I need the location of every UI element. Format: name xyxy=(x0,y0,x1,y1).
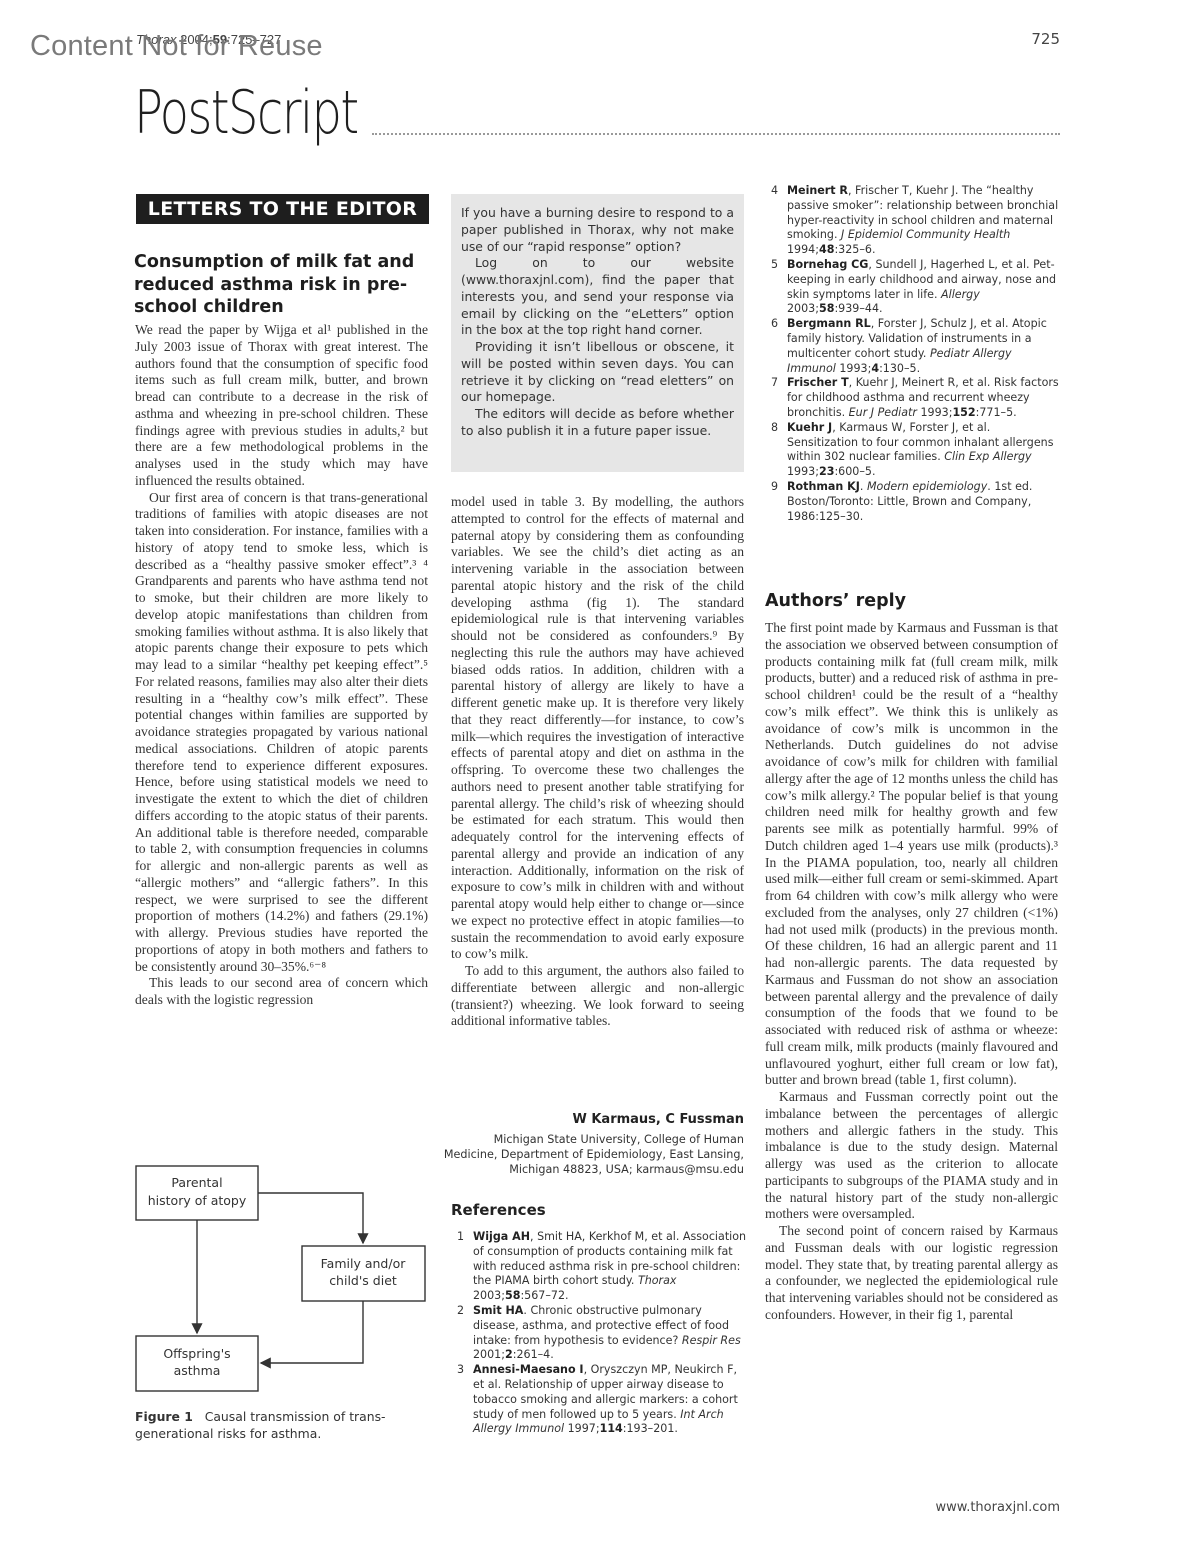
rapid-response-callout: If you have a burning desire to respond … xyxy=(451,194,744,472)
box-label: Parental xyxy=(171,1175,222,1190)
paragraph: We read the paper by Wijga et al¹ publis… xyxy=(135,322,428,490)
reference-item: 2Smit HA. Chronic obstructive pulmonary … xyxy=(451,1304,747,1363)
reference-item: 8Kuehr J, Karmaus W, Forster J, et al. S… xyxy=(765,421,1061,480)
reference-item: 6Bergmann RL, Forster J, Schulz J, et al… xyxy=(765,317,1061,376)
callout-paragraph: If you have a burning desire to respond … xyxy=(461,205,734,255)
watermark: Content Not for Reuse xyxy=(30,30,323,63)
box-label: child's diet xyxy=(329,1273,397,1288)
box-label: Family and/or xyxy=(321,1256,407,1271)
box-label: history of atopy xyxy=(148,1193,247,1208)
figure-caption: Figure 1 Causal transmission of trans-ge… xyxy=(135,1408,435,1442)
authors-reply-heading: Authors’ reply xyxy=(765,591,906,611)
reply-column: The first point made by Karmaus and Fuss… xyxy=(765,620,1058,1324)
callout-paragraph: Providing it isn’t libellous or obscene,… xyxy=(461,339,734,406)
section-title: PostScript xyxy=(134,78,358,148)
letters-to-editor-banner: LETTERS TO THE EDITOR xyxy=(136,194,429,224)
reference-item: 3Annesi-Maesano I, Oryszczyn MP, Neukirc… xyxy=(451,1363,747,1437)
paragraph: The first point made by Karmaus and Fuss… xyxy=(765,620,1058,1089)
callout-paragraph: Log on to our website (www.thoraxjnl.com… xyxy=(461,255,734,339)
letter-column-1: We read the paper by Wijga et al¹ publis… xyxy=(135,322,428,1009)
reference-item: 1Wijga AH, Smit HA, Kerkhof M, et al. As… xyxy=(451,1230,747,1304)
paragraph: model used in table 3. By modelling, the… xyxy=(451,494,744,963)
box-label: Offspring's xyxy=(163,1346,230,1361)
callout-paragraph: The editors will decide as before whethe… xyxy=(461,406,734,440)
paragraph: To add to this argument, the authors als… xyxy=(451,963,744,1030)
references-list-part-2: 4Meinert R, Frischer T, Kuehr J. The “he… xyxy=(765,184,1061,524)
references-heading: References xyxy=(451,1201,546,1219)
paragraph: Karmaus and Fussman correctly point out … xyxy=(765,1089,1058,1223)
reference-item: 4Meinert R, Frischer T, Kuehr J. The “he… xyxy=(765,184,1061,258)
reference-item: 5Bornehag CG, Sundell J, Hagerhed L, et … xyxy=(765,258,1061,317)
footer-url: www.thoraxjnl.com xyxy=(936,1500,1061,1515)
paragraph: This leads to our second area of concern… xyxy=(135,975,428,1009)
paragraph: The second point of concern raised by Ka… xyxy=(765,1223,1058,1324)
box-label: asthma xyxy=(174,1363,221,1378)
reference-item: 7Frischer T, Kuehr J, Meinert R, et al. … xyxy=(765,376,1061,420)
page-number: 725 xyxy=(1031,30,1060,48)
figure-1-diagram: Parental history of atopy Family and/or … xyxy=(130,1158,440,1398)
reference-item: 9Rothman KJ. Modern epidemiology. 1st ed… xyxy=(765,480,1061,524)
paragraph: Our first area of concern is that trans-… xyxy=(135,490,428,976)
dotted-rule xyxy=(372,133,1060,135)
references-list-part-1: 1Wijga AH, Smit HA, Kerkhof M, et al. As… xyxy=(451,1230,747,1437)
signature-affiliation: Michigan State University, College of Hu… xyxy=(440,1132,744,1177)
signature-authors: W Karmaus, C Fussman xyxy=(451,1112,744,1127)
article-title: Consumption of milk fat and reduced asth… xyxy=(134,251,434,319)
letter-column-2: model used in table 3. By modelling, the… xyxy=(451,494,744,1030)
